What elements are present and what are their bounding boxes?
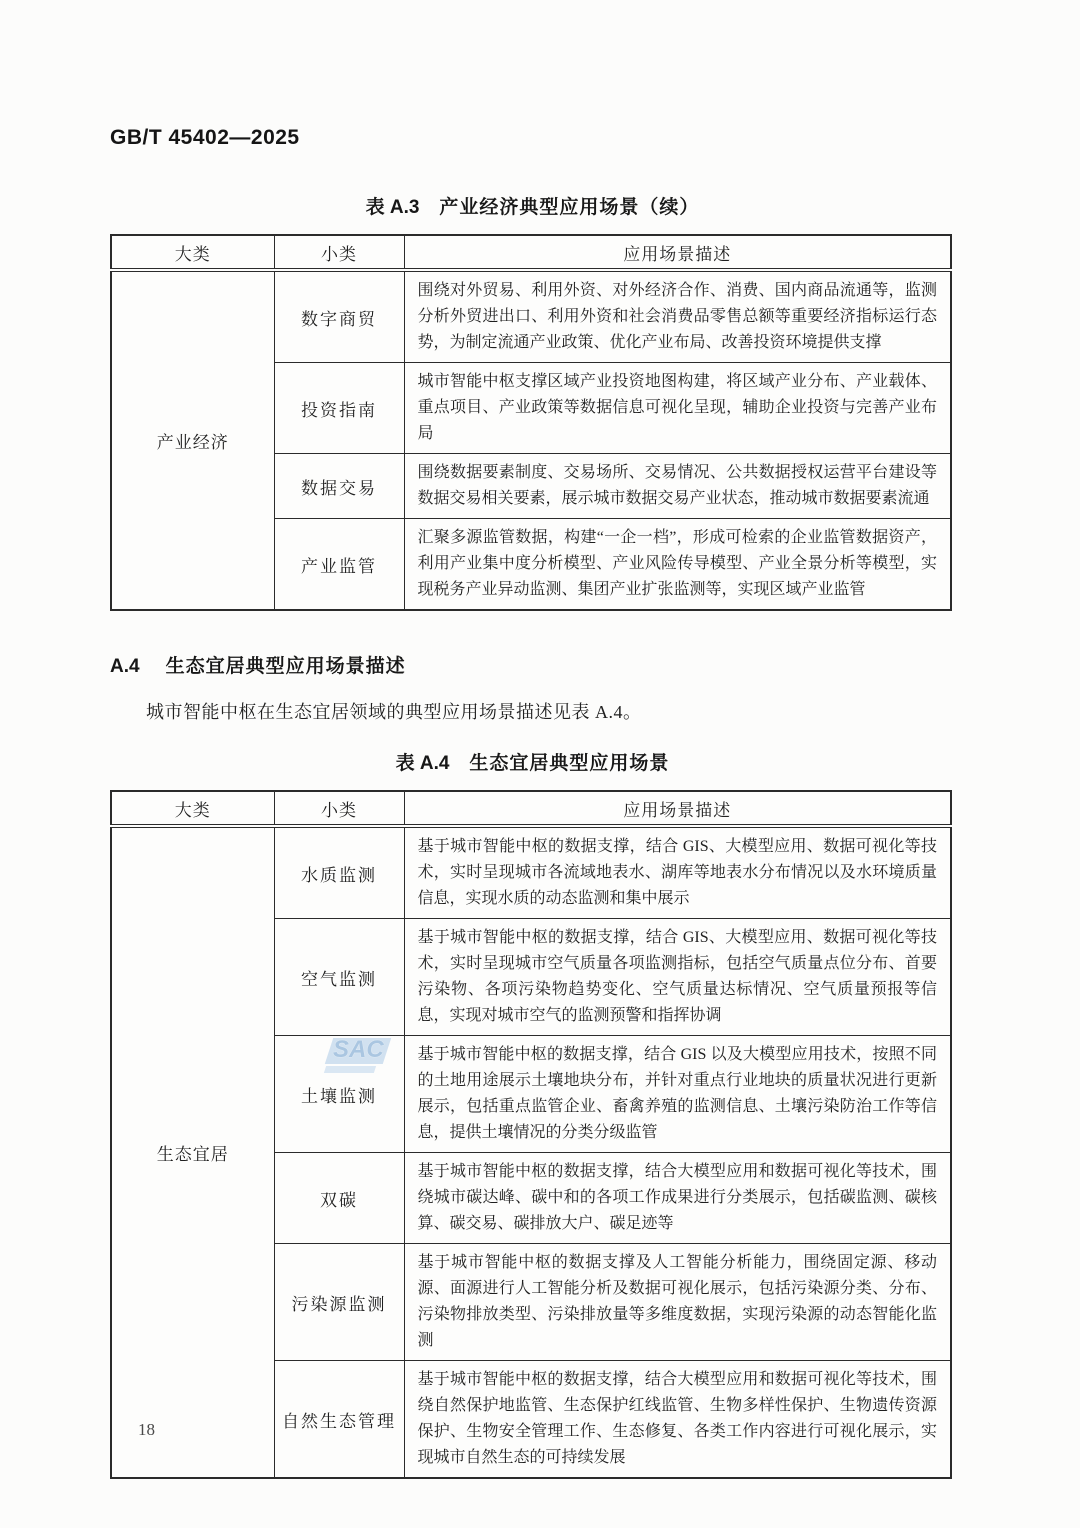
- table-a3-header-category: 大类: [111, 235, 274, 270]
- table-a4-sub-cell: 自然生态管理: [274, 1361, 404, 1479]
- table-a3-header-row: 大类 小类 应用场景描述: [111, 235, 951, 270]
- section-a4-title: 生态宜居典型应用场景描述: [166, 656, 406, 677]
- table-a4-sub-cell: 土壤监测: [274, 1036, 404, 1153]
- table-a3-header-description: 应用场景描述: [404, 235, 951, 270]
- table-a3-sub-cell: 数据交易: [274, 454, 404, 519]
- table-a4-desc-cell: 基于城市智能中枢的数据支撑，结合大模型应用和数据可视化等技术，围绕自然保护地监管…: [404, 1361, 951, 1479]
- table-a4-desc-cell: 基于城市智能中枢的数据支撑及人工智能分析能力，围绕固定源、移动源、面源进行人工智…: [404, 1244, 951, 1361]
- document-page: { "document": { "standard_code": "GB/T 4…: [0, 0, 1080, 1528]
- table-a3-category-cell: 产业经济: [111, 270, 274, 610]
- table-a3-caption-label: 表 A.3: [366, 197, 420, 218]
- table-a4-desc-cell: 基于城市智能中枢的数据支撑，结合 GIS 以及大模型应用技术，按照不同的土地用途…: [404, 1036, 951, 1153]
- page-number: 18: [138, 1420, 155, 1440]
- table-a4-sub-cell: 水质监测: [274, 826, 404, 919]
- standard-code: GB/T 45402—2025: [110, 126, 955, 150]
- table-a4-desc-cell: 基于城市智能中枢的数据支撑，结合大模型应用和数据可视化等技术，围绕城市碳达峰、碳…: [404, 1153, 951, 1244]
- section-a4-intro: 城市智能中枢在生态宜居领域的典型应用场景描述见表 A.4。: [110, 698, 955, 724]
- table-a4-header-row: 大类 小类 应用场景描述: [111, 791, 951, 826]
- table-a4-desc-cell: 基于城市智能中枢的数据支撑，结合 GIS、大模型应用、数据可视化等技术，实时呈现…: [404, 826, 951, 919]
- table-a4-caption-label: 表 A.4: [396, 753, 450, 774]
- table-a4-category-cell: 生态宜居: [111, 826, 274, 1478]
- table-a4-header-subcategory: 小类: [274, 791, 404, 826]
- table-a3-sub-cell: 产业监管: [274, 519, 404, 611]
- table-a3-caption-title: 产业经济典型应用场景（续）: [439, 197, 699, 218]
- table-a4-sub-cell: 空气监测: [274, 919, 404, 1036]
- table-a3-desc-cell: 围绕数据要素制度、交易场所、交易情况、公共数据授权运营平台建设等数据交易相关要素…: [404, 454, 951, 519]
- table-a3-caption: 表 A.3产业经济典型应用场景（续）: [110, 192, 955, 219]
- table-a3: 大类 小类 应用场景描述 产业经济 数字商贸 围绕对外贸易、利用外资、对外经济合…: [110, 234, 952, 611]
- table-a4-caption: 表 A.4生态宜居典型应用场景: [110, 748, 955, 775]
- table-a3-header-subcategory: 小类: [274, 235, 404, 270]
- table-a4: 大类 小类 应用场景描述 生态宜居 水质监测 基于城市智能中枢的数据支撑，结合 …: [110, 790, 952, 1479]
- page-content: GB/T 45402—2025 表 A.3产业经济典型应用场景（续） 大类 小类…: [110, 0, 955, 1479]
- section-a4-number: A.4: [110, 656, 140, 677]
- table-a3-desc-cell: 围绕对外贸易、利用外资、对外经济合作、消费、国内商品流通等，监测分析外贸进出口、…: [404, 270, 951, 363]
- table-row: 生态宜居 水质监测 基于城市智能中枢的数据支撑，结合 GIS、大模型应用、数据可…: [111, 826, 951, 919]
- table-a4-header-category: 大类: [111, 791, 274, 826]
- table-a4-sub-cell: 污染源监测: [274, 1244, 404, 1361]
- table-a3-desc-cell: 城市智能中枢支撑区域产业投资地图构建，将区域产业分布、产业载体、重点项目、产业政…: [404, 363, 951, 454]
- table-a3-sub-cell: 数字商贸: [274, 270, 404, 363]
- table-a4-desc-cell: 基于城市智能中枢的数据支撑，结合 GIS、大模型应用、数据可视化等技术，实时呈现…: [404, 919, 951, 1036]
- table-a4-sub-cell: 双碳: [274, 1153, 404, 1244]
- table-row: 产业经济 数字商贸 围绕对外贸易、利用外资、对外经济合作、消费、国内商品流通等，…: [111, 270, 951, 363]
- table-a4-caption-title: 生态宜居典型应用场景: [469, 753, 669, 774]
- table-a3-sub-cell: 投资指南: [274, 363, 404, 454]
- table-a3-desc-cell: 汇聚多源监管数据，构建“一企一档”，形成可检索的企业监管数据资产，利用产业集中度…: [404, 519, 951, 611]
- table-a4-header-description: 应用场景描述: [404, 791, 951, 826]
- section-a4-heading: A.4生态宜居典型应用场景描述: [110, 651, 955, 678]
